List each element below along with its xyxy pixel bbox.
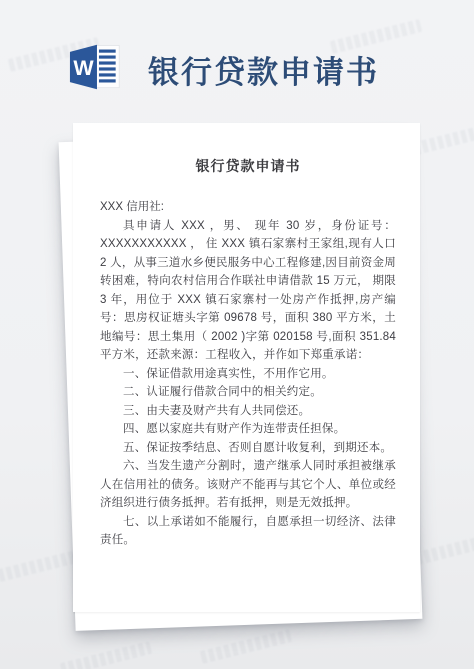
watermark bbox=[60, 641, 152, 669]
watermark bbox=[200, 629, 292, 664]
page-title: 银行贷款申请书 bbox=[148, 47, 379, 92]
header: W 银行贷款申请书 bbox=[0, 0, 474, 100]
word-icon: W bbox=[62, 38, 124, 96]
paragraph-intro: 具申请人 XXX ，男、 现年 30 岁，身份证号：XXXXXXXXXXX ， … bbox=[100, 217, 396, 365]
document-body: 具申请人 XXX ，男、 现年 30 岁，身份证号：XXXXXXXXXXX ， … bbox=[100, 217, 396, 550]
promise-item-3: 三、由夫妻及财产共有人共同偿还。 bbox=[100, 402, 396, 421]
promise-item-7: 七、以上承诺如不能履行，自愿承担一切经济、法律责任。 bbox=[100, 513, 396, 550]
promise-item-1: 一、保证借款用途真实性，不用作它用。 bbox=[100, 365, 396, 384]
word-icon-letter: W bbox=[73, 56, 94, 80]
document-content: 银行贷款申请书 XXX 信用社: 具申请人 XXX ，男、 现年 30 岁，身份… bbox=[73, 123, 420, 612]
promise-item-2: 二、认证履行借款合同中的相关约定。 bbox=[100, 383, 396, 402]
promise-item-6: 六、当发生遗产分割时，遗产继承人同时承担被继承人在信用社的债务。该财产不能再与其… bbox=[100, 457, 396, 513]
document-title: 银行贷款申请书 bbox=[100, 156, 396, 176]
watermark bbox=[0, 549, 82, 584]
promise-item-5: 五、保证按季结息、否则自愿计收复利，到期还本。 bbox=[100, 439, 396, 458]
document-salutation: XXX 信用社: bbox=[100, 198, 396, 217]
promise-item-4: 四、愿以家庭共有财产作为连带责任担保。 bbox=[100, 420, 396, 439]
paper-sheet-front: 银行贷款申请书 XXX 信用社: 具申请人 XXX ，男、 现年 30 岁，身份… bbox=[73, 123, 420, 612]
